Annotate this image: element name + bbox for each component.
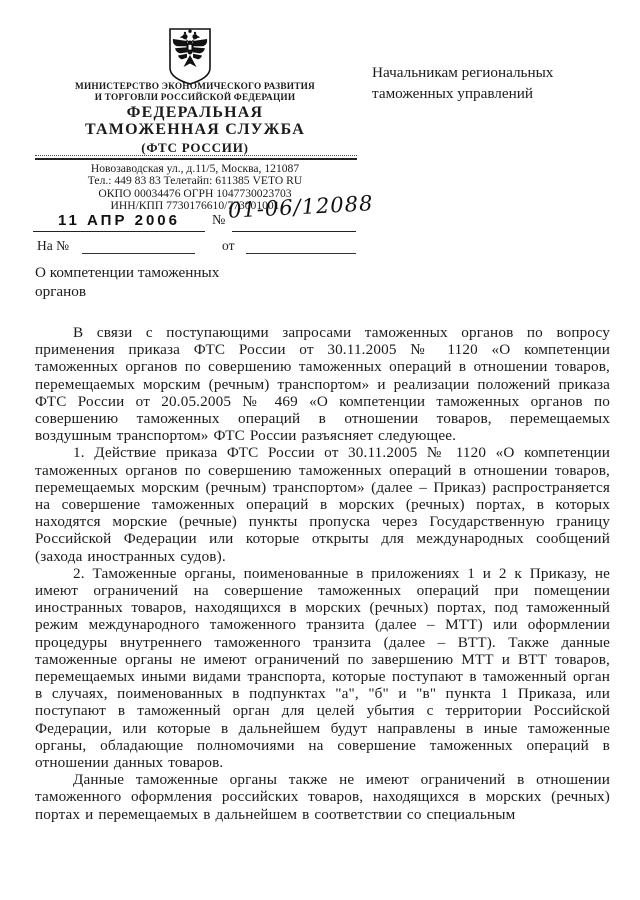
letter-body: В связи с поступающими запросами таможен… — [35, 324, 610, 823]
incoming-number-label: На № — [37, 238, 69, 254]
agency-name-line2: ТАМОЖЕННАЯ СЛУЖБА — [30, 121, 360, 139]
number-blank-line — [232, 231, 356, 232]
body-paragraph-3: 2. Таможенные органы, поименованные в пр… — [35, 565, 610, 771]
subject-line2: органов — [35, 283, 295, 302]
number-sign: № — [212, 213, 225, 229]
letterhead-divider-dotted — [35, 155, 357, 156]
body-paragraph-4: Данные таможенные органы также не имеют … — [35, 771, 610, 823]
date-stamp: 11 АПР 2006 — [58, 212, 180, 229]
addressee-line1: Начальникам региональных — [372, 62, 612, 83]
letterhead-divider-solid — [35, 158, 357, 160]
addressee-block: Начальникам региональных таможенных упра… — [372, 62, 612, 104]
ministry-name: МИНИСТЕРСТВО ЭКОНОМИЧЕСКОГО РАЗВИТИЯ И Т… — [30, 82, 360, 104]
subject-line1: О компетенции таможенных — [35, 264, 295, 283]
agency-name-line1: ФЕДЕРАЛЬНАЯ — [30, 104, 360, 122]
ministry-line1: МИНИСТЕРСТВО ЭКОНОМИЧЕСКОГО РАЗВИТИЯ — [30, 82, 360, 93]
ministry-line2: И ТОРГОВЛИ РОССИЙСКОЙ ФЕДЕРАЦИИ — [30, 93, 360, 104]
document-page: МИНИСТЕРСТВО ЭКОНОМИЧЕСКОГО РАЗВИТИЯ И Т… — [0, 0, 640, 900]
subject-block: О компетенции таможенных органов — [35, 264, 295, 301]
incoming-number-blank-line — [82, 253, 195, 254]
body-paragraph-1: В связи с поступающими запросами таможен… — [35, 324, 610, 444]
incoming-date-label: от — [222, 238, 234, 254]
body-paragraph-2: 1. Действие приказа ФТС России от 30.11.… — [35, 444, 610, 564]
addressee-line2: таможенных управлений — [372, 83, 612, 104]
incoming-date-blank-line — [246, 253, 356, 254]
agency-abbreviation: (ФТС РОССИИ) — [30, 140, 360, 156]
phone-teletype: Тел.: 449 83 83 Телетайп: 611385 VETO RU — [30, 175, 360, 187]
double-headed-eagle-icon — [169, 28, 211, 85]
date-blank-line — [33, 231, 205, 232]
